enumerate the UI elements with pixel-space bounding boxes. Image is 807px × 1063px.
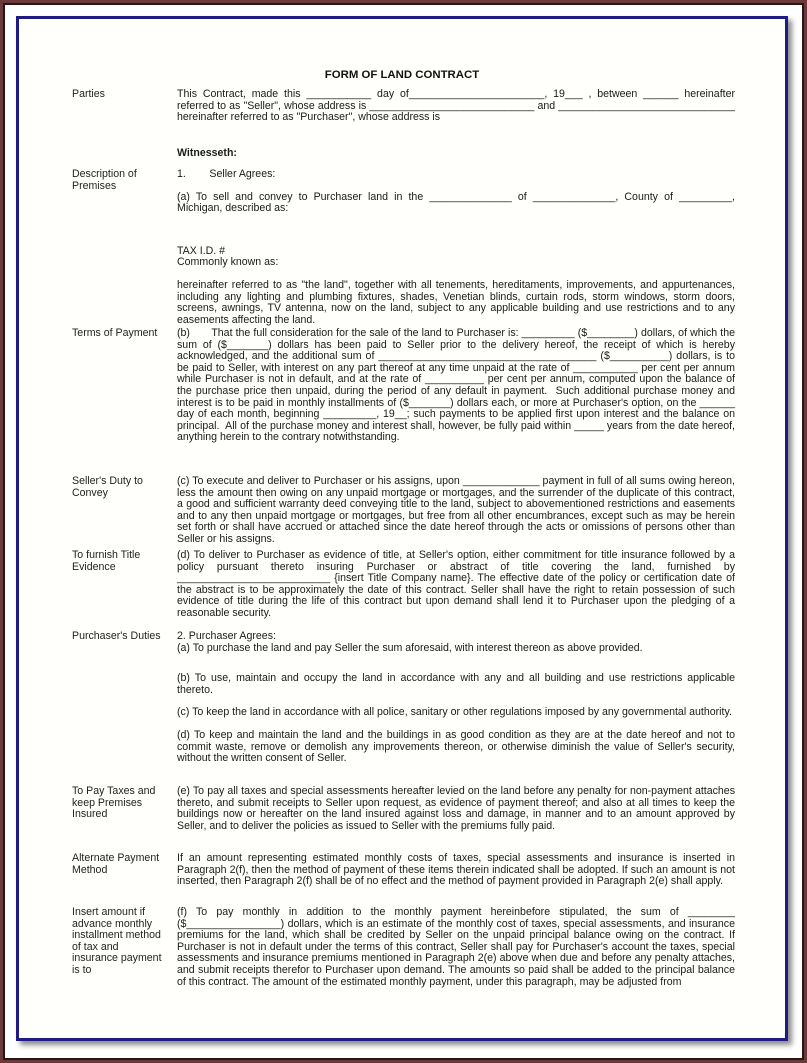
- section-body: (c) To execute and deliver to Purchaser …: [177, 476, 735, 546]
- paragraph: This Contract, made this ___________ day…: [177, 89, 735, 124]
- section-body: This Contract, made this ___________ day…: [177, 89, 735, 124]
- section-label: Insert amount if advance monthly install…: [72, 907, 162, 977]
- paragraph: (f) To pay monthly in addition to the mo…: [177, 907, 735, 988]
- paragraph: (b) To use, maintain and occupy the land…: [177, 673, 735, 696]
- section-label: Description of Premises: [72, 169, 162, 192]
- paragraph: (c) To execute and deliver to Purchaser …: [177, 476, 735, 546]
- paragraph: If an amount representing estimated mont…: [177, 853, 735, 888]
- section-body: (f) To pay monthly in addition to the mo…: [177, 907, 735, 988]
- paragraph: (d) To deliver to Purchaser as evidence …: [177, 550, 735, 620]
- section-label: Terms of Payment: [72, 328, 162, 340]
- section-body: 1. Seller Agrees: (a) To sell and convey…: [177, 169, 735, 326]
- paragraph: (b) That the full consideration for the …: [177, 328, 735, 444]
- section-label: To Pay Taxes and keep Premises Insured: [72, 786, 162, 821]
- section-label: To furnish Title Evidence: [72, 550, 162, 573]
- paragraph: (a) To sell and convey to Purchaser land…: [177, 192, 735, 215]
- witnesseth-heading: Witnesseth:: [177, 148, 735, 160]
- section-body: (b) That the full consideration for the …: [177, 328, 735, 444]
- paragraph: 1. Seller Agrees:: [177, 169, 735, 181]
- paragraph: (e) To pay all taxes and special assessm…: [177, 786, 735, 832]
- paragraph: 2. Purchaser Agrees:: [177, 631, 735, 643]
- paragraph: (d) To keep and maintain the land and th…: [177, 730, 735, 765]
- section-label: Parties: [72, 89, 162, 101]
- section-label: Purchaser's Duties: [72, 631, 162, 643]
- document-page: FORM OF LAND CONTRACT Parties This Contr…: [16, 16, 788, 1041]
- section-label: Seller's Duty to Convey: [72, 476, 162, 499]
- paragraph: hereinafter referred to as "the land", t…: [177, 280, 735, 326]
- section-label: Alternate Payment Method: [72, 853, 162, 876]
- document-title: FORM OF LAND CONTRACT: [19, 69, 785, 81]
- section-body: (e) To pay all taxes and special assessm…: [177, 786, 735, 832]
- paragraph: Commonly known as:: [177, 257, 735, 269]
- section-body: 2. Purchaser Agrees: (a) To purchase the…: [177, 631, 735, 765]
- section-body: (d) To deliver to Purchaser as evidence …: [177, 550, 735, 620]
- section-body: If an amount representing estimated mont…: [177, 853, 735, 888]
- paragraph: (c) To keep the land in accordance with …: [177, 707, 735, 719]
- paragraph: (a) To purchase the land and pay Seller …: [177, 643, 735, 655]
